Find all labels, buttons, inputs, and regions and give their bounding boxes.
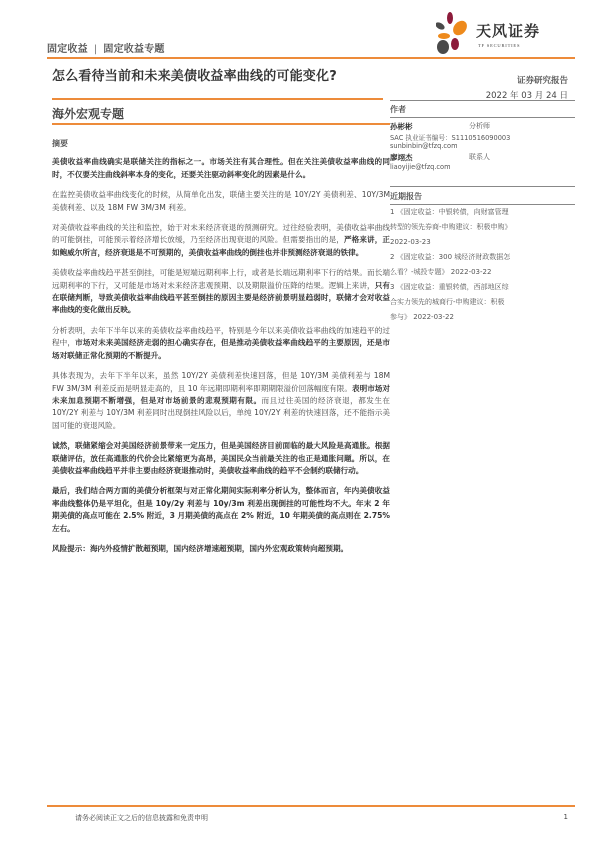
- date-divider: [390, 100, 575, 101]
- summary-label: 摘要: [52, 138, 390, 150]
- header-divider: [47, 57, 575, 59]
- section-title: 海外宏观专题: [52, 105, 124, 122]
- section-divider: [52, 123, 390, 125]
- page-number: 1: [564, 813, 568, 821]
- author-license: SAC 执业证书编号：S1110516090003: [390, 132, 575, 142]
- author-name: 孙彬彬: [390, 122, 413, 131]
- author-role: 联系人: [469, 152, 490, 162]
- summary-paragraph: 最后，我们结合两方面的美债分析框架与对正常化期间实际利率分析认为，整体而言，年内…: [52, 485, 390, 535]
- summary-paragraph: 分析表明，去年下半年以来的美债收益率曲线趋平，特别是今年以来美债收益率曲线的加速…: [52, 325, 390, 362]
- report-type: 证券研究报告: [517, 74, 568, 86]
- title-divider: [52, 98, 383, 100]
- document-title: 怎么看待当前和未来美债收益率曲线的可能变化?: [52, 65, 337, 84]
- recent-report-item[interactable]: 1 《固定收益：中银转债，向财富管理 转型的领先券商-申购建议：积极申购》 20…: [390, 205, 575, 250]
- authors-divider: [390, 117, 575, 118]
- logo-name-cn: 天风证券: [476, 20, 540, 41]
- author-email[interactable]: liaoyijie@tfzq.com: [390, 163, 575, 173]
- summary-paragraph: 诚然，联储紧缩会对美国经济前景带来一定压力，但是美国经济目前面临的最大风险是高通…: [52, 440, 390, 477]
- author-card: 孙彬彬分析师 SAC 执业证书编号：S1110516090003 sunbinb…: [390, 121, 575, 173]
- summary-paragraph: 在监控美债收益率曲线变化的时候，从简单化出发，联储主要关注的是 10Y/2Y 美…: [52, 189, 390, 214]
- summary-paragraph: 美债收益率曲线趋平甚至倒挂，可能是短端远期利率上行，或者是长端远期利率下行的结果…: [52, 267, 390, 317]
- breadcrumb: 固定收益|固定收益专题: [47, 40, 165, 55]
- author-name: 廖翊杰: [390, 153, 413, 162]
- summary-paragraph: 美债收益率曲线确实是联储关注的指标之一。市场关注有其合理性。但在关注美债收益率曲…: [52, 156, 390, 181]
- recent-reports-label: 近期报告: [390, 191, 575, 202]
- recent-reports-section: 近期报告: [390, 191, 575, 202]
- author-role: 分析师: [469, 121, 490, 131]
- recent-reports-list: 1 《固定收益：中银转债，向财富管理 转型的领先券商-申购建议：积极申购》 20…: [390, 205, 575, 325]
- authors-section: 作者: [390, 104, 575, 115]
- footer-divider: [47, 805, 575, 807]
- risk-warning: 风险提示：海内外疫情扩散超预期，国内经济增速超预期，国内外宏观政策转向超预期。: [52, 543, 390, 555]
- footer-disclaimer: 请务必阅读正文之后的信息披露和免责申明: [75, 813, 208, 823]
- company-logo: 天风证券 TF SECURITIES: [436, 12, 576, 60]
- summary-paragraph: 具体表现为，去年下半年以来，虽然 10Y/2Y 美债利差快速回落，但是 10Y/…: [52, 370, 390, 432]
- recent-report-item[interactable]: 2 《固定收益：300 城经济财政数据怎 么看？-城投专题》 2022-03-2…: [390, 250, 575, 280]
- summary-paragraph: 对美债收益率曲线的关注和监控，始于对未来经济衰退的预测研究。过往经验表明，美债收…: [52, 222, 390, 259]
- summary-section: 摘要 美债收益率曲线确实是联储关注的指标之一。市场关注有其合理性。但在关注美债收…: [52, 138, 390, 563]
- logo-petals-icon: [436, 12, 474, 56]
- breadcrumb-item-1: 固定收益: [47, 44, 88, 55]
- logo-name-en: TF SECURITIES: [478, 43, 520, 48]
- breadcrumb-item-2: 固定收益专题: [103, 44, 164, 55]
- recent-report-item[interactable]: 3 《固定收益：重银转债，西部地区综 合实力领先的城商行-申购建议：积极 参与》…: [390, 280, 575, 325]
- breadcrumb-separator: |: [94, 44, 98, 55]
- authors-label: 作者: [390, 104, 575, 115]
- author-email[interactable]: sunbinbin@tfzq.com: [390, 142, 575, 152]
- recent-divider-top: [390, 186, 575, 187]
